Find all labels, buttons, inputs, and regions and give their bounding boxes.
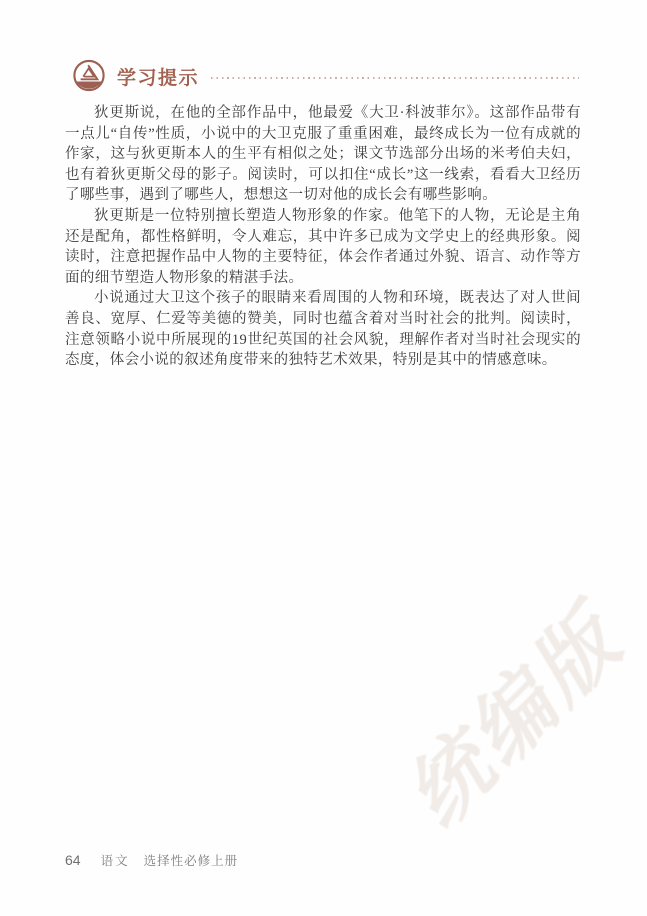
paragraph-2: 狄更斯是一位特别擅长塑造人物形象的作家。他笔下的人物，无论是主角还是配角，都性格… [65, 206, 581, 288]
study-tips-header: 学习提示 [70, 57, 579, 95]
paragraph-1: 狄更斯说，在他的全部作品中，他最爱《大卫·科波菲尔》。这部作品带有一点儿“自传”… [65, 103, 581, 206]
footer-subject: 语文 [101, 851, 130, 869]
textbook-page: 学习提示 狄更斯说，在他的全部作品中，他最爱《大卫·科波菲尔》。这部作品带有一点… [0, 0, 647, 916]
section-title: 学习提示 [117, 63, 199, 90]
footer-book-title: 选择性必修上册 [144, 851, 239, 869]
paragraph-3: 小说通过大卫这个孩子的眼睛来看周围的人物和环境，既表达了对人世间善良、宽厚、仁爱… [65, 288, 581, 370]
dotted-rule [211, 77, 579, 79]
page-footer: 64 语文 选择性必修上册 [65, 851, 238, 869]
study-tips-body: 狄更斯说，在他的全部作品中，他最爱《大卫·科波菲尔》。这部作品带有一点儿“自传”… [65, 103, 581, 371]
publisher-logo-icon [70, 57, 108, 95]
page-number: 64 [65, 852, 81, 868]
edition-watermark: 统编版 [359, 563, 647, 865]
